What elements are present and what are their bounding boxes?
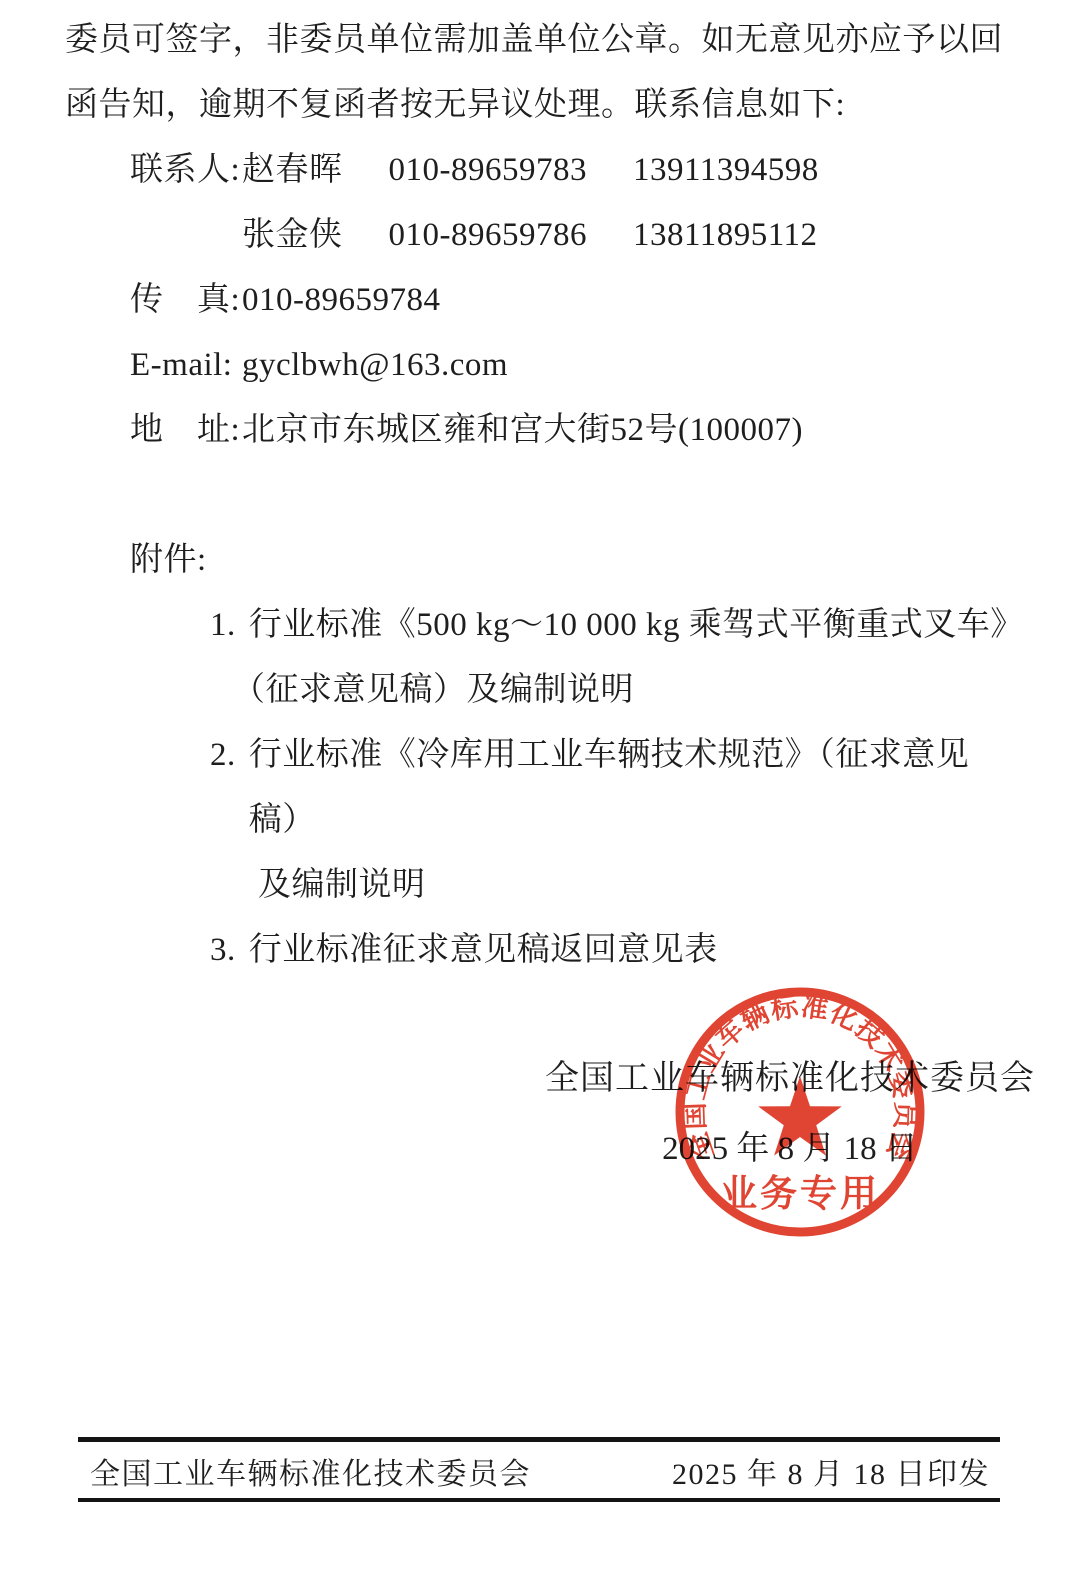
intro-line-2: 函告知，逾期不复函者按无异议处理。联系信息如下:	[65, 73, 1016, 138]
seal-bottom-text: 业务专用	[720, 1173, 880, 1215]
blank-line	[65, 463, 1016, 528]
fax-value: 010-89659784	[242, 268, 441, 333]
signature-block: 全国工业车辆标准化技术委员会 2025 年 8 月 18 日	[540, 1056, 1040, 1170]
contact-phone: 010-89659783	[389, 138, 588, 203]
contact-name: 张金侠	[242, 203, 343, 268]
attachment-line: 3. 行业标准征求意见稿返回意见表	[210, 918, 1016, 983]
signature-organization: 全国工业车辆标准化技术委员会	[540, 1056, 1040, 1102]
footer-print-date: 2025 年 8 月 18 日印发	[672, 1449, 990, 1493]
address-label: 地 址:	[130, 398, 242, 463]
attachment-title-continued: （征求意见稿）及编制说明	[232, 658, 1016, 723]
contact-row-primary: 联系人: 赵春晖 010-89659783 13911394598	[130, 138, 1016, 203]
attachment-number: 3.	[210, 918, 236, 983]
attachment-title: 行业标准《500 kg～10 000 kg 乘驾式平衡重式叉车》	[249, 593, 1016, 658]
document-body: 委员可签字，非委员单位需加盖单位公章。如无意见亦应予以回 函告知，逾期不复函者按…	[65, 8, 1016, 983]
attachment-line: 2. 行业标准《冷库用工业车辆技术规范》（征求意见稿）	[210, 723, 1016, 853]
email-label: E-mail:	[130, 333, 242, 398]
email-value: gyclbwh@163.com	[242, 333, 508, 398]
attachment-number: 1.	[210, 593, 236, 658]
footer-rule-top	[78, 1437, 1000, 1442]
attachment-title: 行业标准征求意见稿返回意见表	[249, 918, 718, 983]
contact-info-block: 联系人: 赵春晖 010-89659783 13911394598 张金侠 01…	[130, 138, 1016, 463]
attachment-item-1: 1. 行业标准《500 kg～10 000 kg 乘驾式平衡重式叉车》 （征求意…	[210, 593, 1016, 723]
contact-name: 赵春晖	[242, 138, 343, 203]
attachment-title: 行业标准《冷库用工业车辆技术规范》（征求意见稿）	[249, 723, 1016, 853]
email-row: E-mail: gyclbwh@163.com	[130, 333, 1016, 398]
footer-organization: 全国工业车辆标准化技术委员会	[90, 1449, 531, 1493]
attachment-title-continued: 及编制说明	[258, 853, 1016, 918]
contact-values: 张金侠 010-89659786 13811895112	[242, 203, 818, 268]
address-row: 地 址: 北京市东城区雍和宫大街52号(100007)	[130, 398, 1016, 463]
document-page: 委员可签字，非委员单位需加盖单位公章。如无意见亦应予以回 函告知，逾期不复函者按…	[0, 0, 1080, 1578]
contact-phone: 010-89659786	[389, 203, 588, 268]
footer-rule-bottom	[78, 1498, 1000, 1502]
intro-line-1: 委员可签字，非委员单位需加盖单位公章。如无意见亦应予以回	[65, 8, 1016, 73]
attachments-heading: 附件:	[130, 528, 1016, 593]
contact-mobile: 13911394598	[633, 138, 819, 203]
fax-row: 传 真: 010-89659784	[130, 268, 1016, 333]
address-value: 北京市东城区雍和宫大街52号(100007)	[242, 398, 803, 463]
contact-mobile: 13811895112	[633, 203, 818, 268]
attachment-number: 2.	[210, 723, 236, 853]
contact-label: 联系人:	[130, 138, 242, 203]
attachment-item-2: 2. 行业标准《冷库用工业车辆技术规范》（征求意见稿） 及编制说明	[210, 723, 1016, 918]
intro-paragraph: 委员可签字，非委员单位需加盖单位公章。如无意见亦应予以回 函告知，逾期不复函者按…	[65, 8, 1016, 138]
signature-date: 2025 年 8 月 18 日	[540, 1128, 1040, 1170]
fax-label: 传 真:	[130, 268, 242, 333]
contact-values: 赵春晖 010-89659783 13911394598	[242, 138, 819, 203]
attachment-line: 1. 行业标准《500 kg～10 000 kg 乘驾式平衡重式叉车》	[210, 593, 1016, 658]
attachment-item-3: 3. 行业标准征求意见稿返回意见表	[210, 918, 1016, 983]
footer: 全国工业车辆标准化技术委员会 2025 年 8 月 18 日印发	[78, 1447, 1000, 1495]
contact-row-secondary: 张金侠 010-89659786 13811895112	[130, 203, 1016, 268]
